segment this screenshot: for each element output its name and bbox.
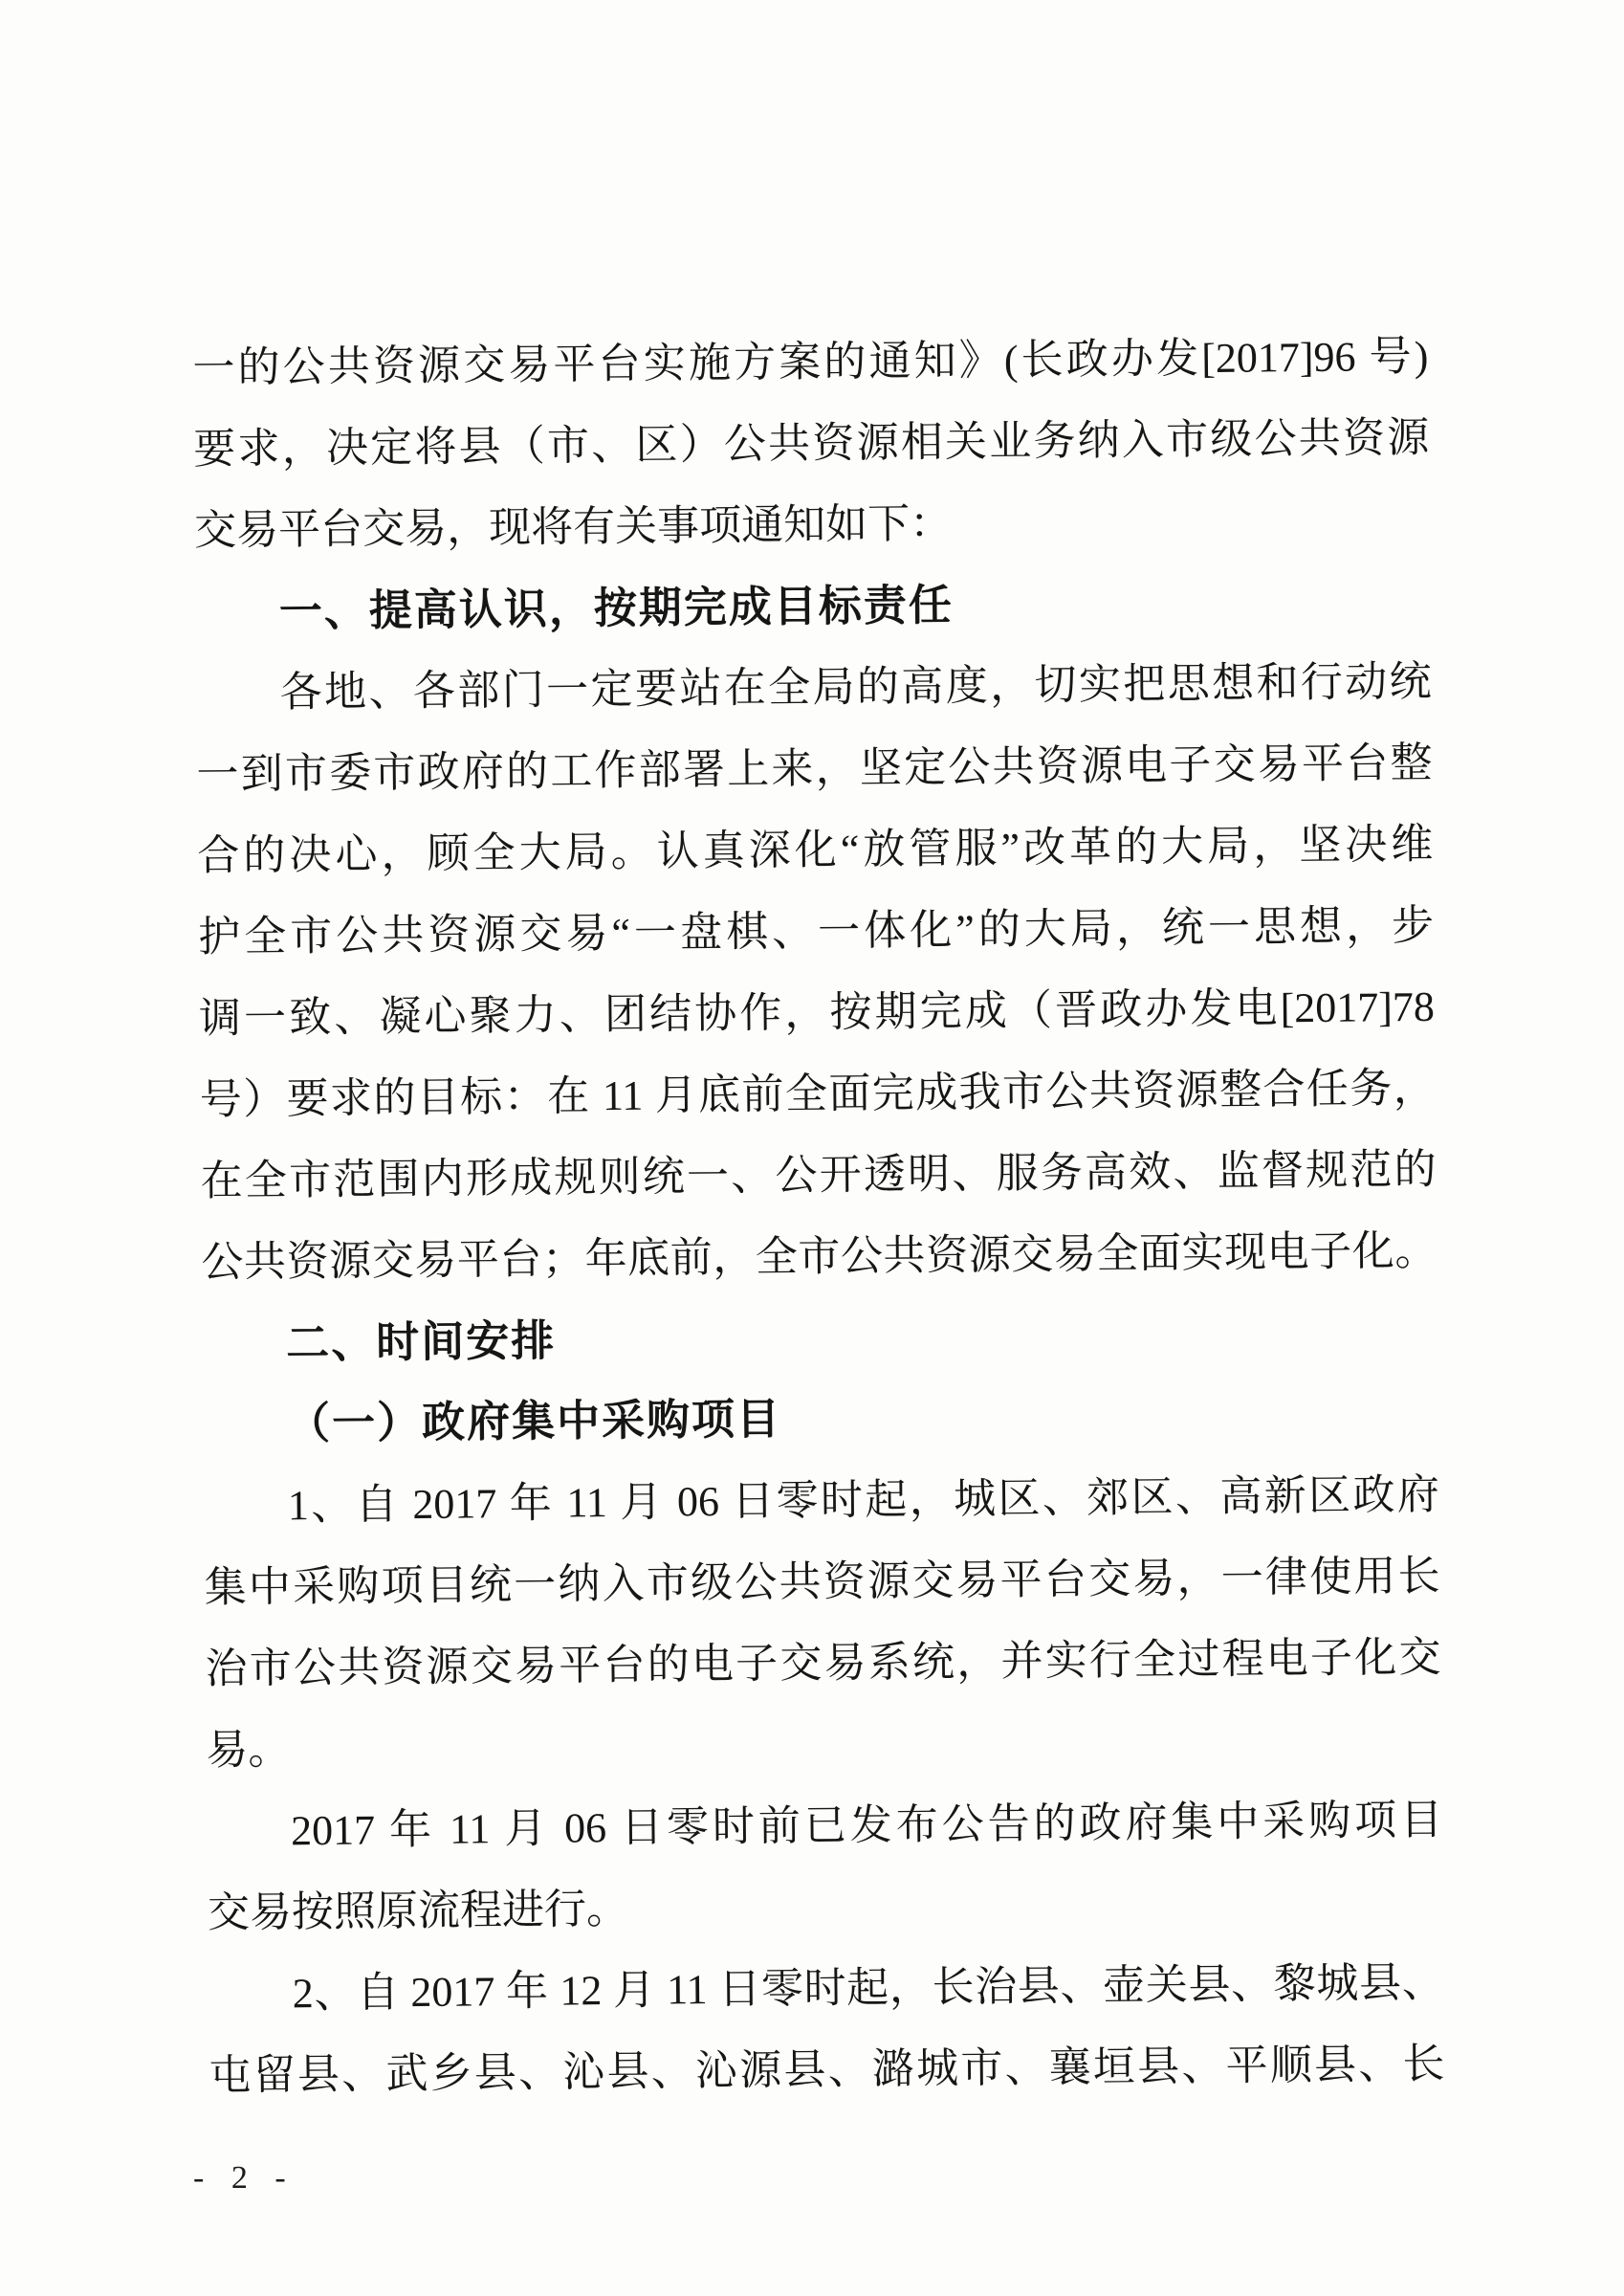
text-line: 2017 年 11 月 06 日零时前已发布公告的政府集中采购项目 [207, 1779, 1443, 1872]
text-line: 治市公共资源交易平台的电子交易系统，并实行全过程电子化交 [205, 1617, 1441, 1710]
text-line: 护全市公共资源交易“一盘棋、一体化”的大局，统一思想，步 [198, 885, 1435, 978]
text-line: 屯留县、武乡县、沁县、沁源县、潞城市、襄垣县、平顺县、长 [208, 2023, 1445, 2116]
page-number: - 2 - [193, 2160, 296, 2197]
text-line: 公共资源交易平台；年底前，全市公共资源交易全面实现电子化。 [201, 1210, 1437, 1303]
text-line: 号）要求的目标：在 11 月底前全面完成我市公共资源整合任务， [199, 1048, 1436, 1140]
document-body: 一的公共资源交易平台实施方案的通知》(长政办发[2017]96 号)要求，决定将… [192, 316, 1445, 2116]
text-line: 各地、各部门一定要站在全局的高度，切实把思想和行动统 [195, 641, 1432, 734]
text-line: 易。 [206, 1698, 1442, 1791]
text-line: 调一致、凝心聚力、团结协作，按期完成（晋政办发电[2017]78 [199, 966, 1436, 1059]
text-line: 2、自 2017 年 12 月 11 日零时起，长治县、壶关县、黎城县、 [208, 1942, 1444, 2035]
text-line: 一的公共资源交易平台实施方案的通知》(长政办发[2017]96 号) [192, 316, 1429, 408]
document-page: 一的公共资源交易平台实施方案的通知》(长政办发[2017]96 号)要求，决定将… [0, 0, 1624, 2296]
sub-section-heading: （一）政府集中采购项目 [203, 1373, 1439, 1466]
text-line: 合的决心，顾全大局。认真深化“放管服”改革的大局，坚决维 [197, 804, 1434, 896]
text-line: 交易按照原流程进行。 [208, 1861, 1444, 1954]
text-line: 一到市委市政府的工作部署上来，坚定公共资源电子交易平台整 [196, 722, 1433, 815]
text-line: 集中采购项目统一纳入市级公共资源交易平台交易，一律使用长 [204, 1535, 1440, 1628]
text-line: 在全市范围内形成规则统一、公开透明、服务高效、监督规范的 [200, 1129, 1437, 1222]
text-line: 交易平台交易，现将有关事项通知如下： [194, 478, 1431, 571]
section-heading: 二、时间安排 [202, 1291, 1438, 1384]
section-heading: 一、提高认识，按期完成目标责任 [195, 560, 1432, 652]
text-line: 1、自 2017 年 11 月 06 日零时起，城区、郊区、高新区政府 [203, 1454, 1439, 1547]
text-line: 要求，决定将县（市、区）公共资源相关业务纳入市级公共资源 [193, 397, 1430, 490]
